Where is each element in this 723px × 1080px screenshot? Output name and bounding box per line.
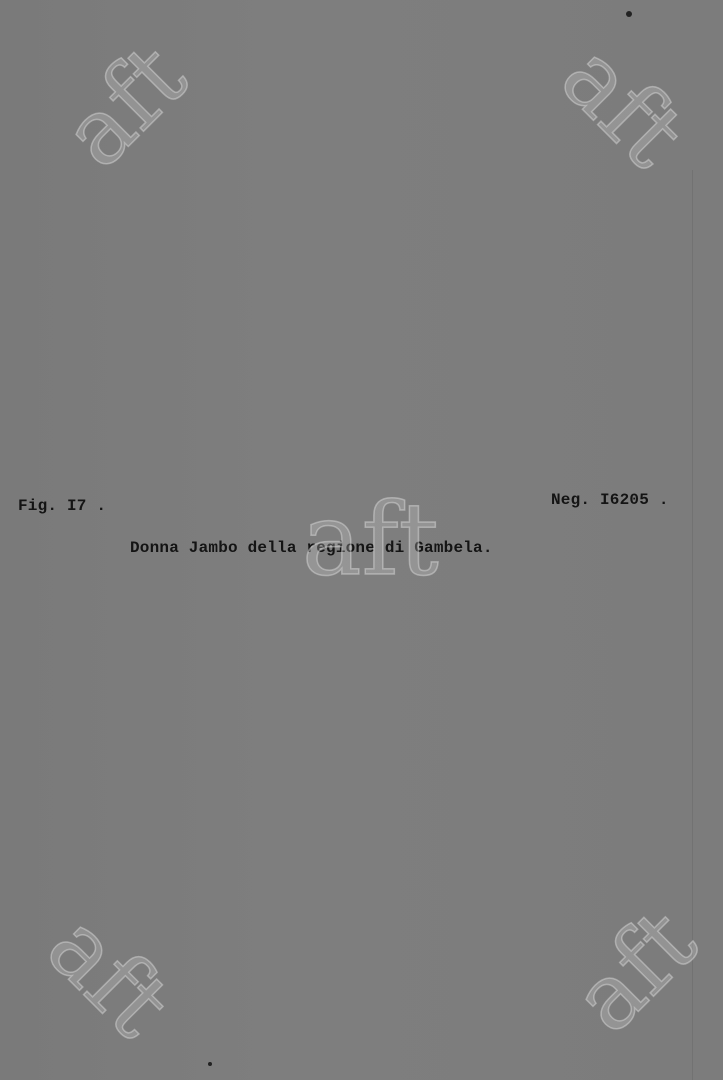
negative-number: Neg. I6205 . (551, 491, 669, 509)
photo-card-back: aft aft aft aft Fig. I7 . Neg. I6205 . D… (0, 0, 723, 1080)
dust-speck (626, 11, 632, 17)
dust-speck (208, 1062, 212, 1066)
watermark-bottom-right: aft (558, 894, 712, 1048)
watermark-top-right: aft (546, 29, 700, 183)
watermark-top-left: aft (48, 29, 202, 183)
figure-label: Fig. I7 . (18, 497, 106, 515)
watermark-center: aft (302, 490, 439, 590)
watermark-bottom-left: aft (32, 899, 186, 1053)
